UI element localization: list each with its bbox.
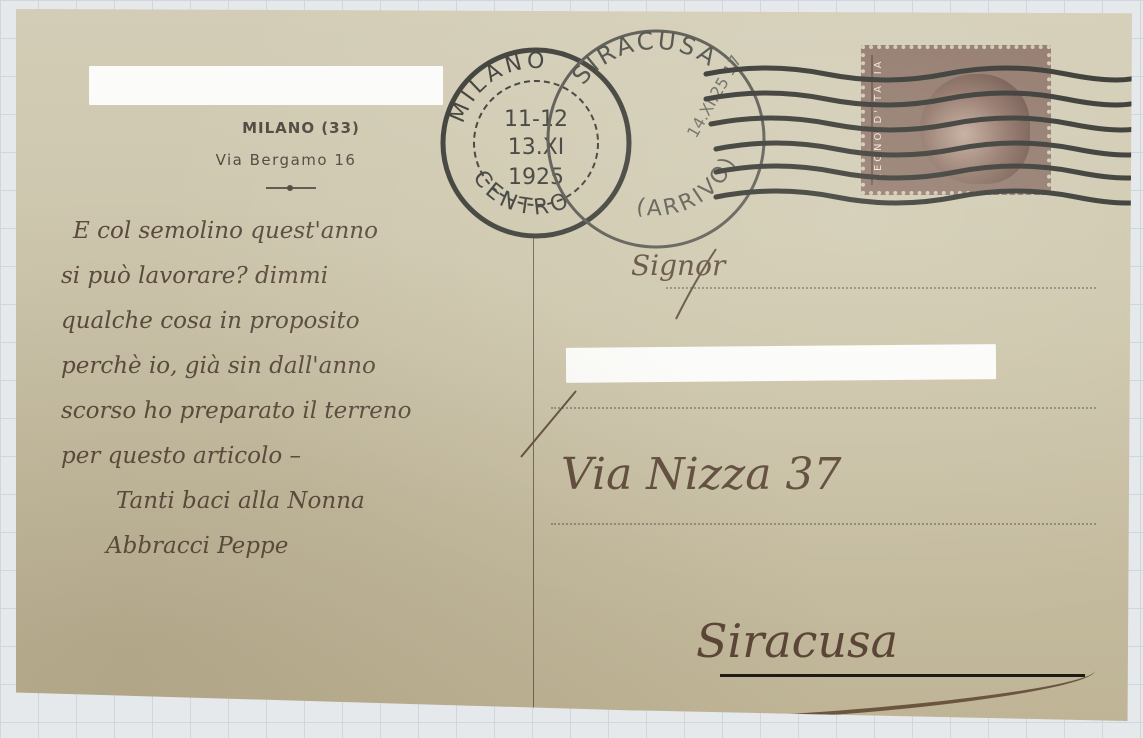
milano-postmark: 11-12 13.XI 1925 MILANO CENTRO bbox=[443, 49, 629, 236]
postmark-overlay: 11-12 13.XI 1925 MILANO CENTRO SIRACUSA … bbox=[16, 9, 1132, 721]
postcard: MILANO (33) Via Bergamo 16 E col semolin… bbox=[16, 9, 1132, 721]
handwriting-strokes bbox=[521, 249, 716, 457]
svg-text:(ARRIVO): (ARRIVO) bbox=[634, 151, 742, 221]
cancellation-wavy-lines bbox=[706, 68, 1132, 203]
svg-text:11-12: 11-12 bbox=[504, 107, 568, 132]
svg-text:SIRACUSA: SIRACUSA bbox=[566, 27, 723, 90]
svg-text:13.XI: 13.XI bbox=[508, 135, 565, 160]
siracusa-postmark: SIRACUSA (ARRIVO) 14.XI.25 17 bbox=[548, 27, 764, 247]
